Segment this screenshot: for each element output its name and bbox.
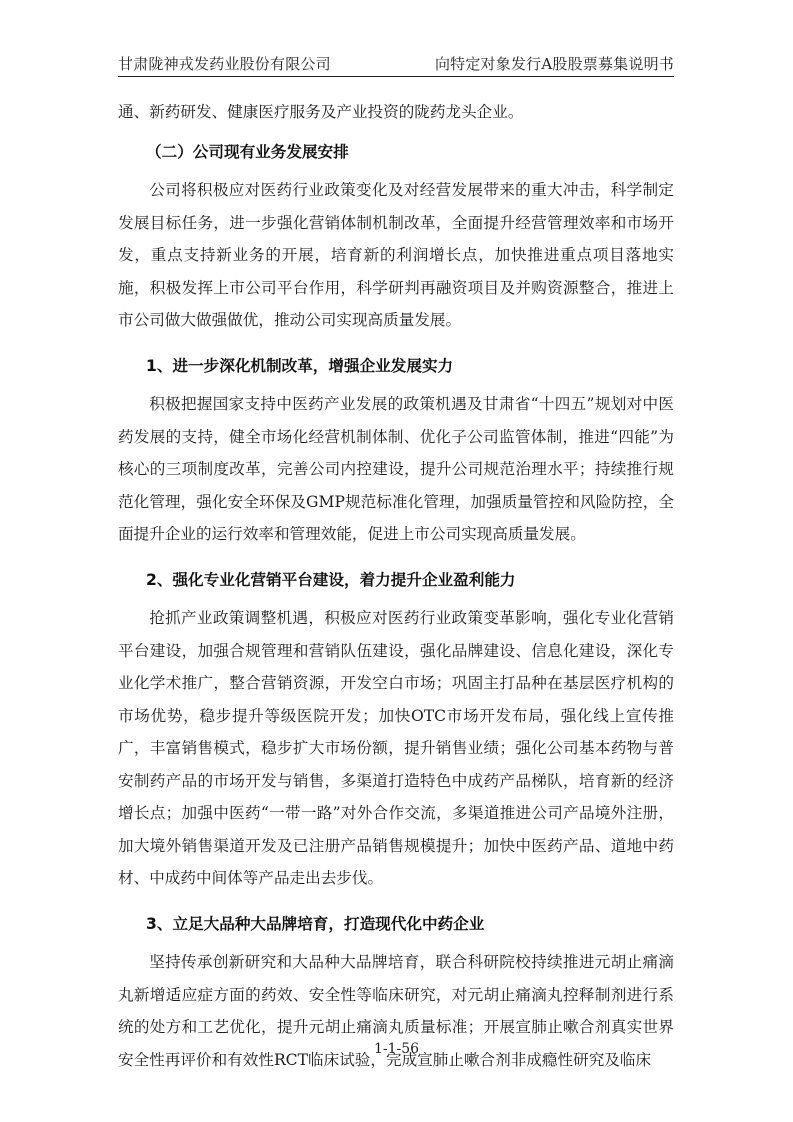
subsection-1-body: 积极把握国家支持中医药产业发展的政策机遇及甘肃省“十四五”规划对中医药发展的支持… <box>118 388 674 551</box>
subsection-2-title: 2、强化专业化营销平台建设，着力提升企业盈利能力 <box>118 564 674 597</box>
header-company-name: 甘肃陇神戎发药业股份有限公司 <box>118 54 331 76</box>
page-number: 1-1-56 <box>0 1041 793 1057</box>
subsection-1-title: 1、进一步深化机制改革，增强企业发展实力 <box>118 350 674 383</box>
document-page: 甘肃陇神戎发药业股份有限公司 向特定对象发行A股股票募集说明书 通、新药研发、健… <box>0 0 793 1122</box>
page-header: 甘肃陇神戎发药业股份有限公司 向特定对象发行A股股票募集说明书 <box>118 52 674 77</box>
intro-paragraph: 公司将积极应对医药行业政策变化及对经营发展带来的重大冲击，科学制定发展目标任务，… <box>118 174 674 337</box>
page-content: 通、新药研发、健康医疗服务及产业投资的陇药龙头企业。 （二）公司现有业务发展安排… <box>118 96 674 1076</box>
subsection-2-body: 抢抓产业政策调整机遇，积极应对医药行业政策变革影响，强化专业化营销平台建设，加强… <box>118 602 674 895</box>
section-title: （二）公司现有业务发展安排 <box>118 136 674 169</box>
continuation-paragraph: 通、新药研发、健康医疗服务及产业投资的陇药龙头企业。 <box>118 96 674 129</box>
subsection-3-title: 3、立足大品种大品牌培育，打造现代化中药企业 <box>118 908 674 941</box>
header-document-title: 向特定对象发行A股股票募集说明书 <box>435 54 674 76</box>
